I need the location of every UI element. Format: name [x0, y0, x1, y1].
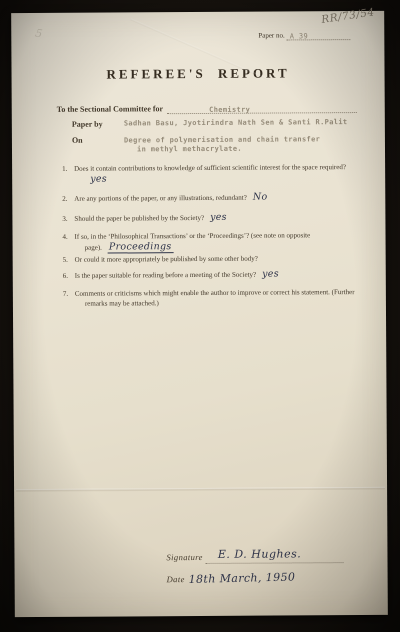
question-text: Does it contain contributions to knowled…	[74, 163, 346, 173]
subject-value-line1: Degree of polymerisation and chain trans…	[124, 135, 320, 144]
question-text: Are any portions of the paper, or any il…	[74, 194, 247, 203]
date-label: Date	[167, 574, 185, 584]
subject-value-line2: in methyl methacrylate.	[124, 145, 242, 154]
photo-background: RR/73/54 5 Paper no. A 39 REFEREE'S REPO…	[0, 0, 400, 632]
question-text: Comments or criticisms which might enabl…	[75, 288, 355, 307]
paper-by-label: Paper by	[72, 119, 124, 128]
paper-number-value: A 39	[287, 32, 308, 40]
question-3: 3.Should the paper be published by the S…	[62, 212, 359, 224]
signature-row: Signature E. D. Hughes.	[166, 549, 343, 564]
question-4: 4.If so, in the ‘Philosophical Transacti…	[63, 231, 360, 253]
subject-label: On	[72, 135, 124, 153]
question-number: 3.	[62, 214, 74, 224]
paper-number-label: Paper no.	[258, 31, 285, 39]
question-2: 2.Are any portions of the paper, or any …	[62, 192, 359, 204]
question-number: 6.	[63, 271, 75, 281]
question-answer: yes	[90, 173, 107, 184]
question-number: 7.	[63, 290, 75, 300]
referee-report-document: RR/73/54 5 Paper no. A 39 REFEREE'S REPO…	[11, 11, 388, 617]
paper-number-line: A 39	[287, 31, 351, 40]
date-value: 18th March, 1950	[189, 570, 296, 586]
question-6: 6.Is the paper suitable for reading befo…	[63, 269, 360, 281]
question-answer: Proceedings	[108, 241, 174, 253]
question-text: Should the paper be published by the Soc…	[74, 213, 204, 222]
committee-label: To the Sectional Committee for	[57, 104, 163, 114]
question-5: 5.Or could it more appropriately be publ…	[63, 254, 360, 265]
question-text: Or could it more appropriately be publis…	[75, 255, 258, 264]
date-row: Date 18th March, 1950	[167, 571, 296, 585]
question-number: 5.	[63, 256, 75, 266]
question-number: 4.	[63, 233, 75, 243]
committee-value: Chemistry	[167, 106, 250, 115]
subject-row: On Degree of polymerisation and chain tr…	[72, 134, 359, 154]
archive-reference-label: RR/73/54	[321, 6, 376, 26]
pencil-mark: 5	[34, 26, 43, 40]
signature-label: Signature	[166, 552, 202, 562]
question-number: 2.	[62, 195, 74, 205]
report-title: REFEREE'S REPORT	[11, 65, 384, 83]
paper-by-row: Paper by Sadhan Basu, Jyotirindra Nath S…	[72, 118, 359, 129]
question-answer: yes	[210, 211, 227, 222]
signature-line: E. D. Hughes.	[206, 549, 344, 564]
subject-value: Degree of polymerisation and chain trans…	[124, 134, 320, 153]
question-number: 1.	[62, 165, 74, 175]
paper-number-field: Paper no. A 39	[258, 31, 350, 41]
question-text: Is the paper suitable for reading before…	[75, 270, 256, 279]
signature-value: E. D. Hughes.	[206, 547, 301, 561]
committee-row: To the Sectional Committee for Chemistry	[57, 103, 357, 115]
question-answer: yes	[262, 268, 279, 279]
question-7: 7.Comments or criticisms which might ena…	[63, 288, 360, 309]
question-answer: No	[253, 192, 268, 203]
paper-by-value: Sadhan Basu, Jyotirindra Nath Sen & Sant…	[124, 118, 348, 128]
questions-list: 1.Does it contain contributions to knowl…	[62, 163, 360, 318]
question-1: 1.Does it contain contributions to knowl…	[62, 163, 359, 185]
committee-dotted-line: Chemistry	[167, 103, 357, 114]
fold-crease	[16, 487, 385, 492]
